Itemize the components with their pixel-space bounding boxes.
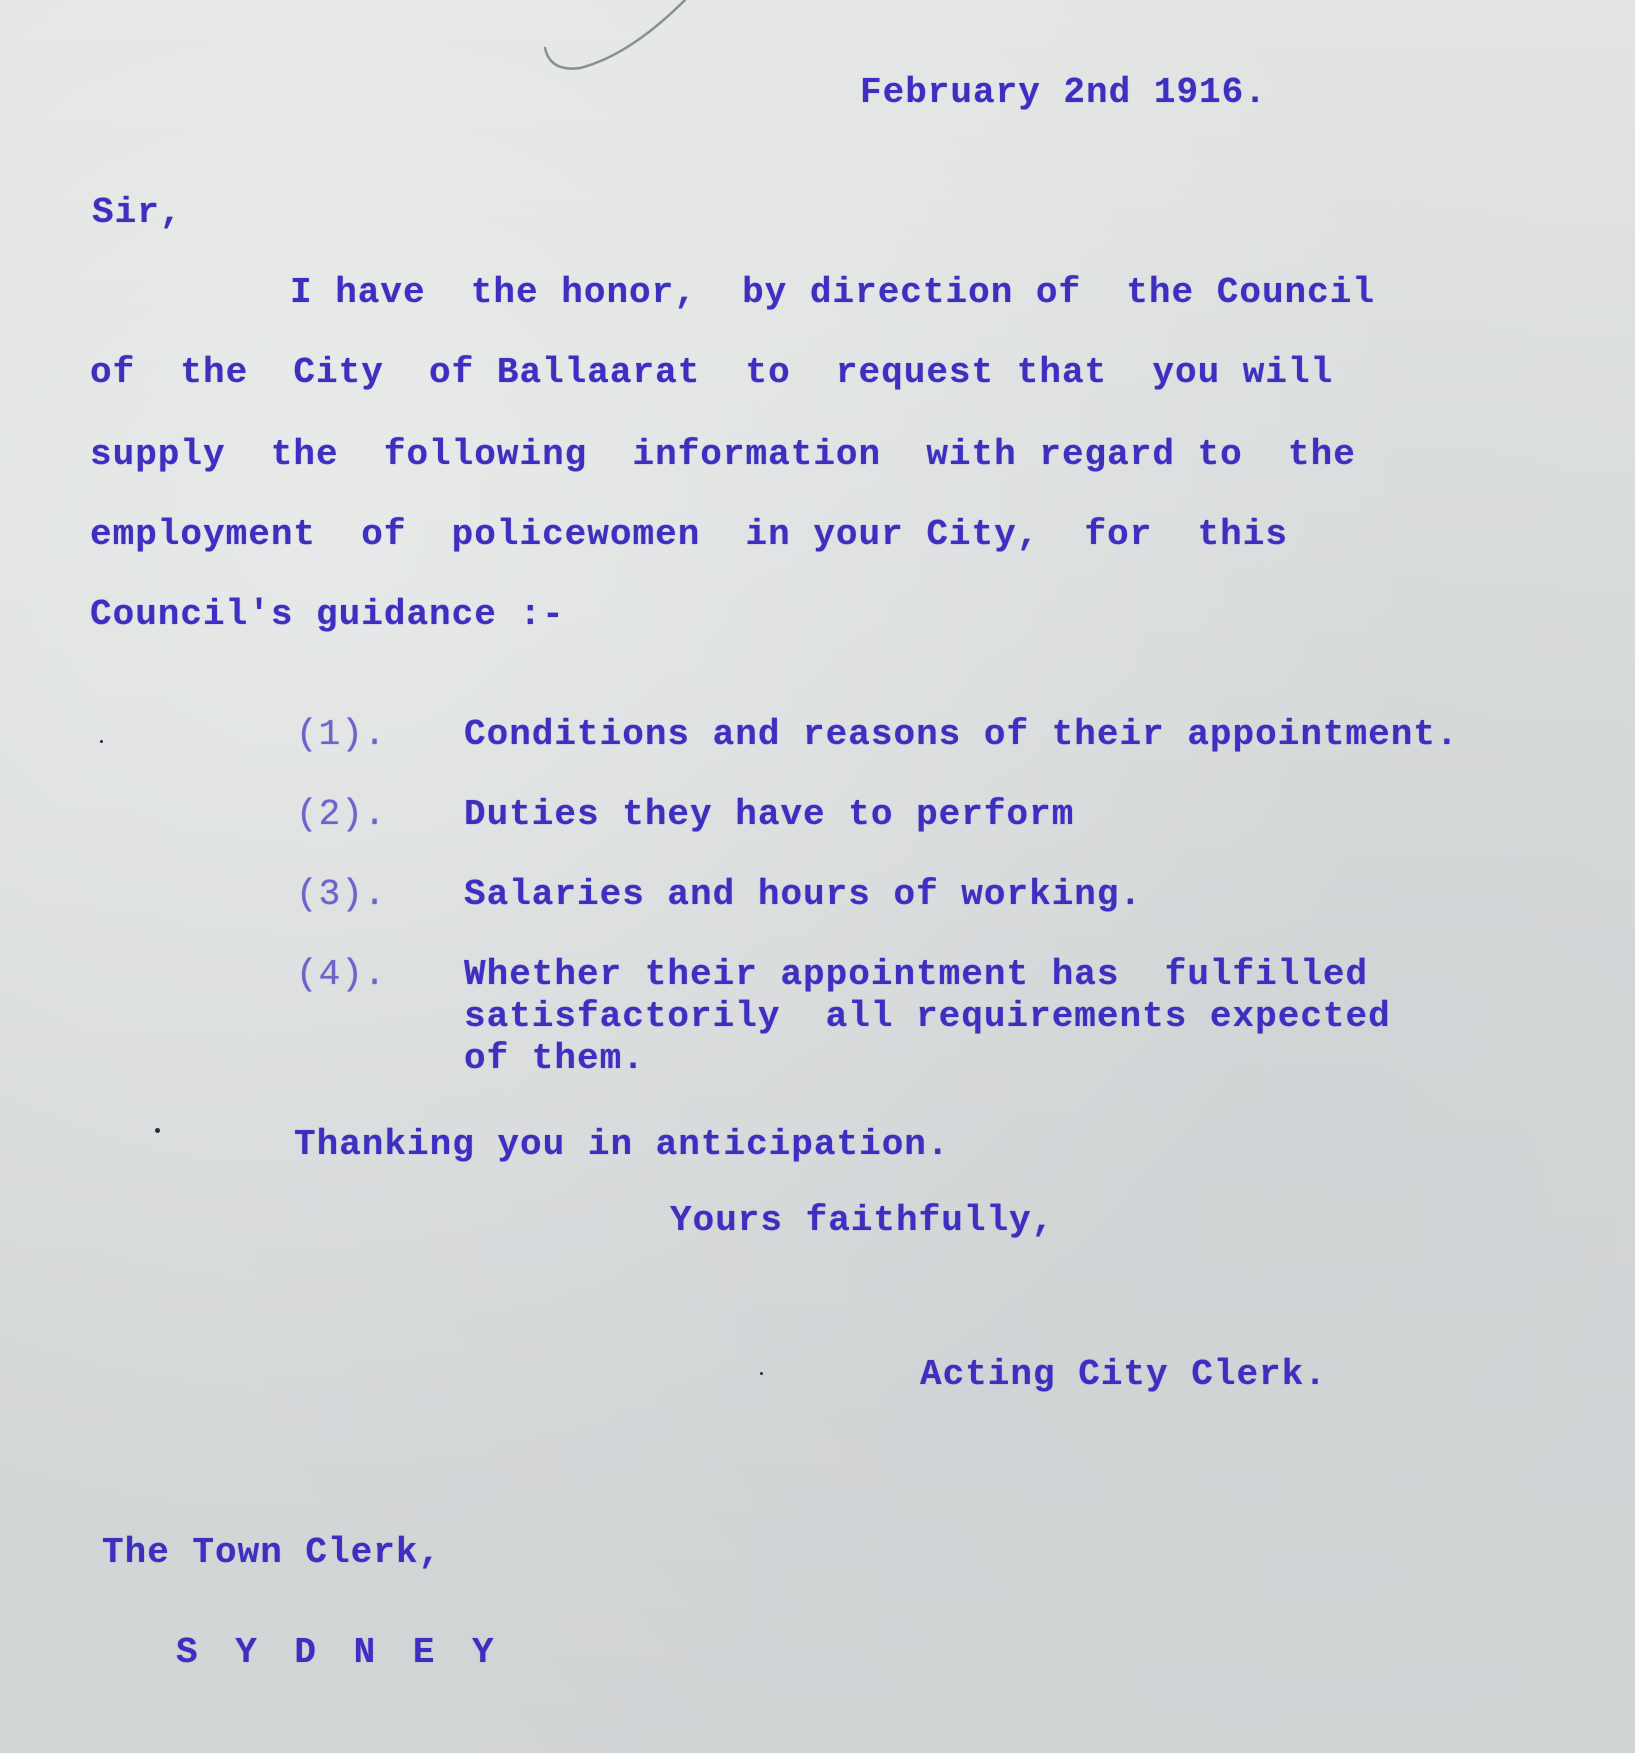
letter-date: February 2nd 1916. [860, 72, 1267, 113]
valediction: Yours faithfully, [670, 1200, 1054, 1241]
pencil-mark-icon [520, 0, 720, 80]
item-text-2: Duties they have to perform [464, 794, 1074, 835]
body-line-2: of the City of Ballaarat to request that… [90, 352, 1333, 393]
item-number-4: (4). [296, 954, 386, 995]
ink-speck [155, 1128, 160, 1133]
recipient-title: The Town Clerk, [102, 1532, 441, 1573]
body-line-1: I have the honor, by direction of the Co… [290, 272, 1375, 313]
recipient-city: S Y D N E Y [176, 1632, 502, 1673]
item-text-4-line-2: satisfactorily all requirements expected [464, 996, 1391, 1037]
body-line-5: Council's guidance :- [90, 594, 565, 635]
ink-speck [100, 740, 103, 743]
item-text-4-line-3: of them. [464, 1038, 645, 1079]
item-text-3: Salaries and hours of working. [464, 874, 1142, 915]
item-number-3: (3). [296, 874, 386, 915]
item-text-4-line-1: Whether their appointment has fulfilled [464, 954, 1368, 995]
signatory-title: Acting City Clerk. [920, 1354, 1327, 1395]
ink-speck [760, 1372, 763, 1375]
item-text-1: Conditions and reasons of their appointm… [464, 714, 1459, 755]
body-line-4: employment of policewomen in your City, … [90, 514, 1288, 555]
body-line-3: supply the following information with re… [90, 434, 1356, 475]
salutation: Sir, [92, 192, 182, 233]
item-number-2: (2). [296, 794, 386, 835]
letter-page: February 2nd 1916. Sir, I have the honor… [0, 0, 1635, 1753]
closing-line: Thanking you in anticipation. [294, 1124, 950, 1165]
item-number-1: (1). [296, 714, 386, 755]
